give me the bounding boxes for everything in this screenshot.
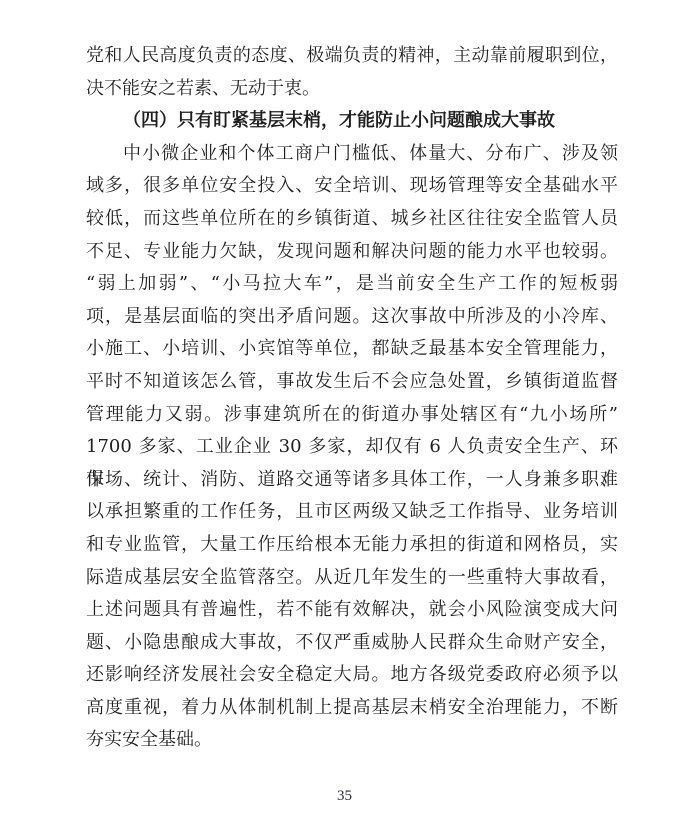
document-body: 党和人民高度负责的态度、极端负责的精神，主动靠前履职到位， 决不能安之若素、无动… [86,40,618,757]
body-line: 中小微企业和个体工商户门槛低、体量大、分布广、涉及领 [86,138,618,171]
body-line: 和专业监管，大量工作压给根本无能力承担的街道和网格员，实 [86,529,618,562]
document-page: 党和人民高度负责的态度、极端负责的精神，主动靠前履职到位， 决不能安之若素、无动… [0,0,689,833]
body-line: 管理能力又弱。涉事建筑所在的街道办事处辖区有“九小场所” [86,399,618,432]
body-line: 还影响经济发展社会安全稳定大局。地方各级党委政府必须予以 [86,659,618,692]
body-line: 际造成基层安全监管落空。从近几年发生的一些重特大事故看， [86,562,618,595]
body-line: 高度重视，着力从体制机制上提高基层末梢安全治理能力，不断 [86,692,618,725]
body-line: 项，是基层面临的突出矛盾问题。这次事故中所涉及的小冷库、 [86,301,618,334]
section-heading: （四）只有盯紧基层末梢，才能防止小问题酿成大事故 [86,105,618,138]
body-line: 夯实安全基础。 [86,724,618,757]
page-number: 35 [0,785,689,807]
body-line: 上述问题具有普遍性，若不能有效解决，就会小风险演变成大问 [86,594,618,627]
body-line: “弱上加弱”、“小马拉大车”，是当前安全生产工作的短板弱 [86,268,618,301]
body-line: 党和人民高度负责的态度、极端负责的精神，主动靠前履职到位， [86,40,618,73]
body-line: 以承担繁重的工作任务，且市区两级又缺乏工作指导、业务培训 [86,496,618,529]
body-line: 1700 多家、工业企业 30 多家，却仅有 6 人负责安全生产、环保、 [86,431,618,464]
body-line: 不足、专业能力欠缺，发现问题和解决问题的能力水平也较弱。 [86,236,618,269]
body-line: 域多，很多单位安全投入、安全培训、现场管理等安全基础水平 [86,170,618,203]
body-line: 决不能安之若素、无动于衷。 [86,73,618,106]
body-line: 平时不知道该怎么管，事故发生后不会应急处置，乡镇街道监督 [86,366,618,399]
body-line: 小施工、小培训、小宾馆等单位，都缺乏最基本安全管理能力， [86,333,618,366]
body-line: 市场、统计、消防、道路交通等诸多具体工作，一人身兼多职难 [86,464,618,497]
body-line: 题、小隐患酿成大事故，不仅严重威胁人民群众生命财产安全， [86,627,618,660]
body-line: 较低，而这些单位所在的乡镇街道、城乡社区往往安全监管人员 [86,203,618,236]
